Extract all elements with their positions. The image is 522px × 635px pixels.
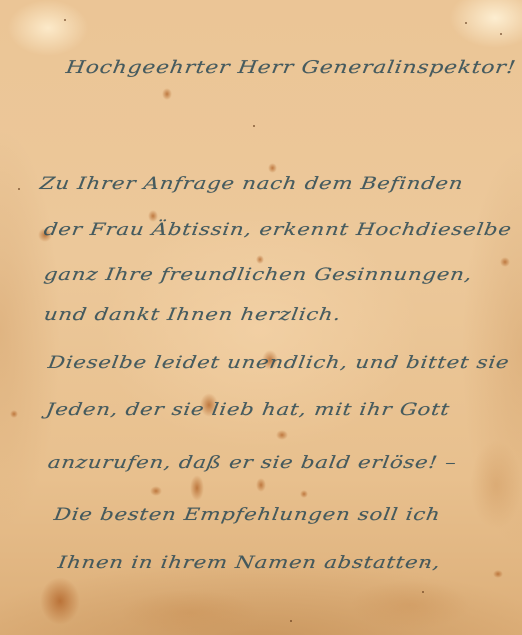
letter-salutation: Hochgeehrter Herr Generalinspektor! bbox=[65, 58, 518, 78]
letter-body: Hochgeehrter Herr Generalinspektor! Zu I… bbox=[0, 0, 522, 635]
letter-line: und dankt Ihnen herzlich. bbox=[43, 305, 343, 325]
letter-line: ganz Ihre freundlichen Gesinnungen, bbox=[43, 265, 474, 285]
letter-line: anzurufen, daß er sie bald erlöse! – bbox=[47, 453, 458, 473]
letter-line: Dieselbe leidet unendlich, und bittet si… bbox=[47, 353, 511, 373]
letter-line: Jeden, der sie lieb hat, mit ihr Gott bbox=[45, 400, 452, 420]
letter-line: der Frau Äbtissin, erkennt Hochdieselbe bbox=[43, 220, 513, 240]
letter-line: Ihnen in ihrem Namen abstatten, bbox=[57, 553, 442, 573]
letter-line: Zu Ihrer Anfrage nach dem Befinden bbox=[39, 174, 465, 194]
letter-line: Die besten Empfehlungen soll ich bbox=[53, 505, 442, 525]
letter-page: Hochgeehrter Herr Generalinspektor! Zu I… bbox=[0, 0, 522, 635]
